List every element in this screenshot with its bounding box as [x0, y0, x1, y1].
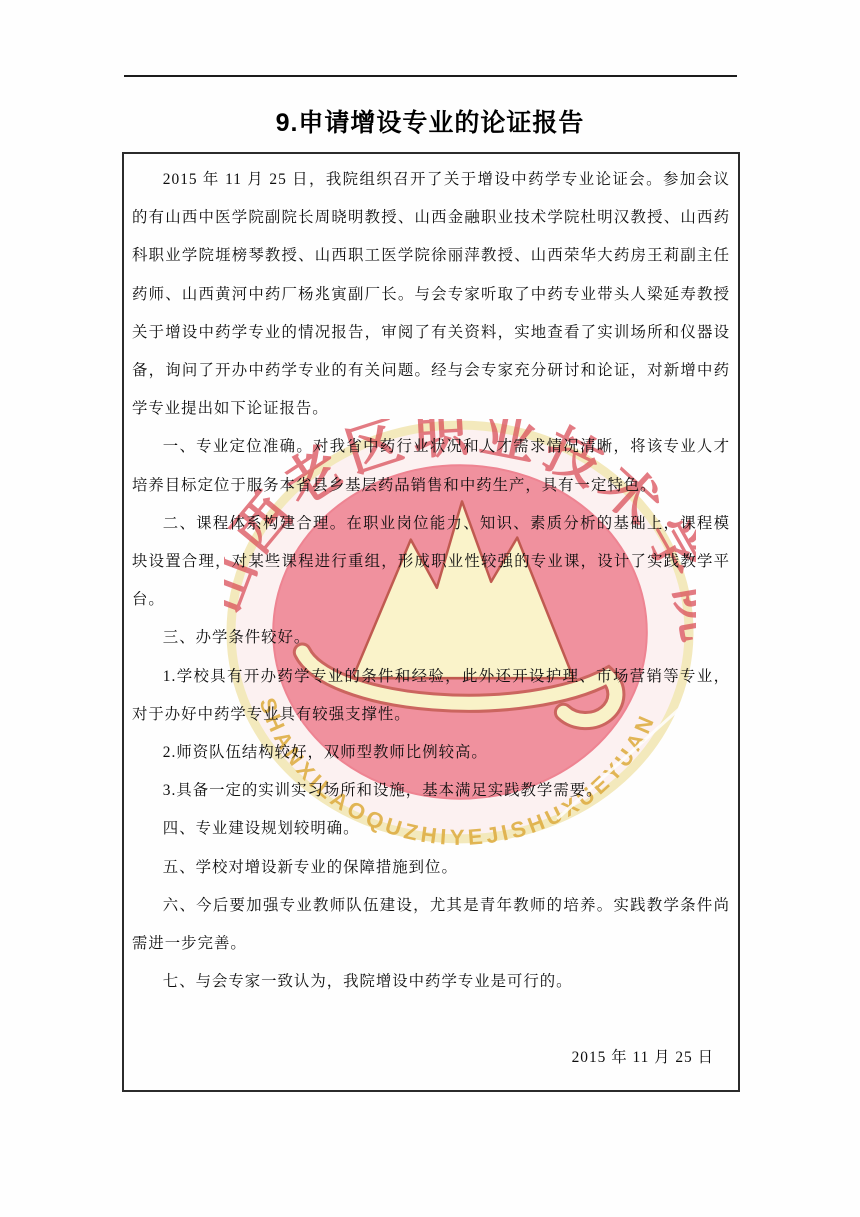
report-date: 2015 年 11 月 25 日 [132, 1039, 730, 1077]
report-paragraph: 1.学校具有开办药学专业的条件和经验，此外还开设护理、市场营销等专业，对于办好中… [132, 658, 730, 734]
report-paragraph: 2015 年 11 月 25 日，我院组织召开了关于增设中药学专业论证会。参加会… [132, 161, 730, 428]
report-paragraph: 一、专业定位准确。对我省中药行业状况和人才需求情况清晰，将该专业人才培养目标定位… [132, 428, 730, 504]
report-paragraph: 2.师资队伍结构较好，双师型教师比例较高。 [132, 734, 730, 772]
report-paragraph: 五、学校对增设新专业的保障措施到位。 [132, 849, 730, 887]
page-title: 9.申请增设专业的论证报告 [0, 103, 860, 139]
report-paragraph: 四、专业建设规划较明确。 [132, 810, 730, 848]
report-paragraph: 三、办学条件较好。 [132, 619, 730, 657]
report-content: 2015 年 11 月 25 日，我院组织召开了关于增设中药学专业论证会。参加会… [124, 154, 738, 1078]
report-box: 山西老区职业技术学院 SHANXILAOQUZHIYEJISHUXUEYUAN … [122, 152, 740, 1092]
document-page: 9.申请增设专业的论证报告 山西老区职业技术学院 [0, 0, 860, 1217]
header-divider [124, 75, 737, 77]
report-paragraph: 二、课程体系构建合理。在职业岗位能力、知识、素质分析的基础上，课程模块设置合理，… [132, 505, 730, 620]
report-paragraph: 七、与会专家一致认为，我院增设中药学专业是可行的。 [132, 963, 730, 1001]
report-paragraph: 六、今后要加强专业教师队伍建设，尤其是青年教师的培养。实践教学条件尚需进一步完善… [132, 887, 730, 963]
report-paragraph: 3.具备一定的实训实习场所和设施，基本满足实践教学需要。 [132, 772, 730, 810]
